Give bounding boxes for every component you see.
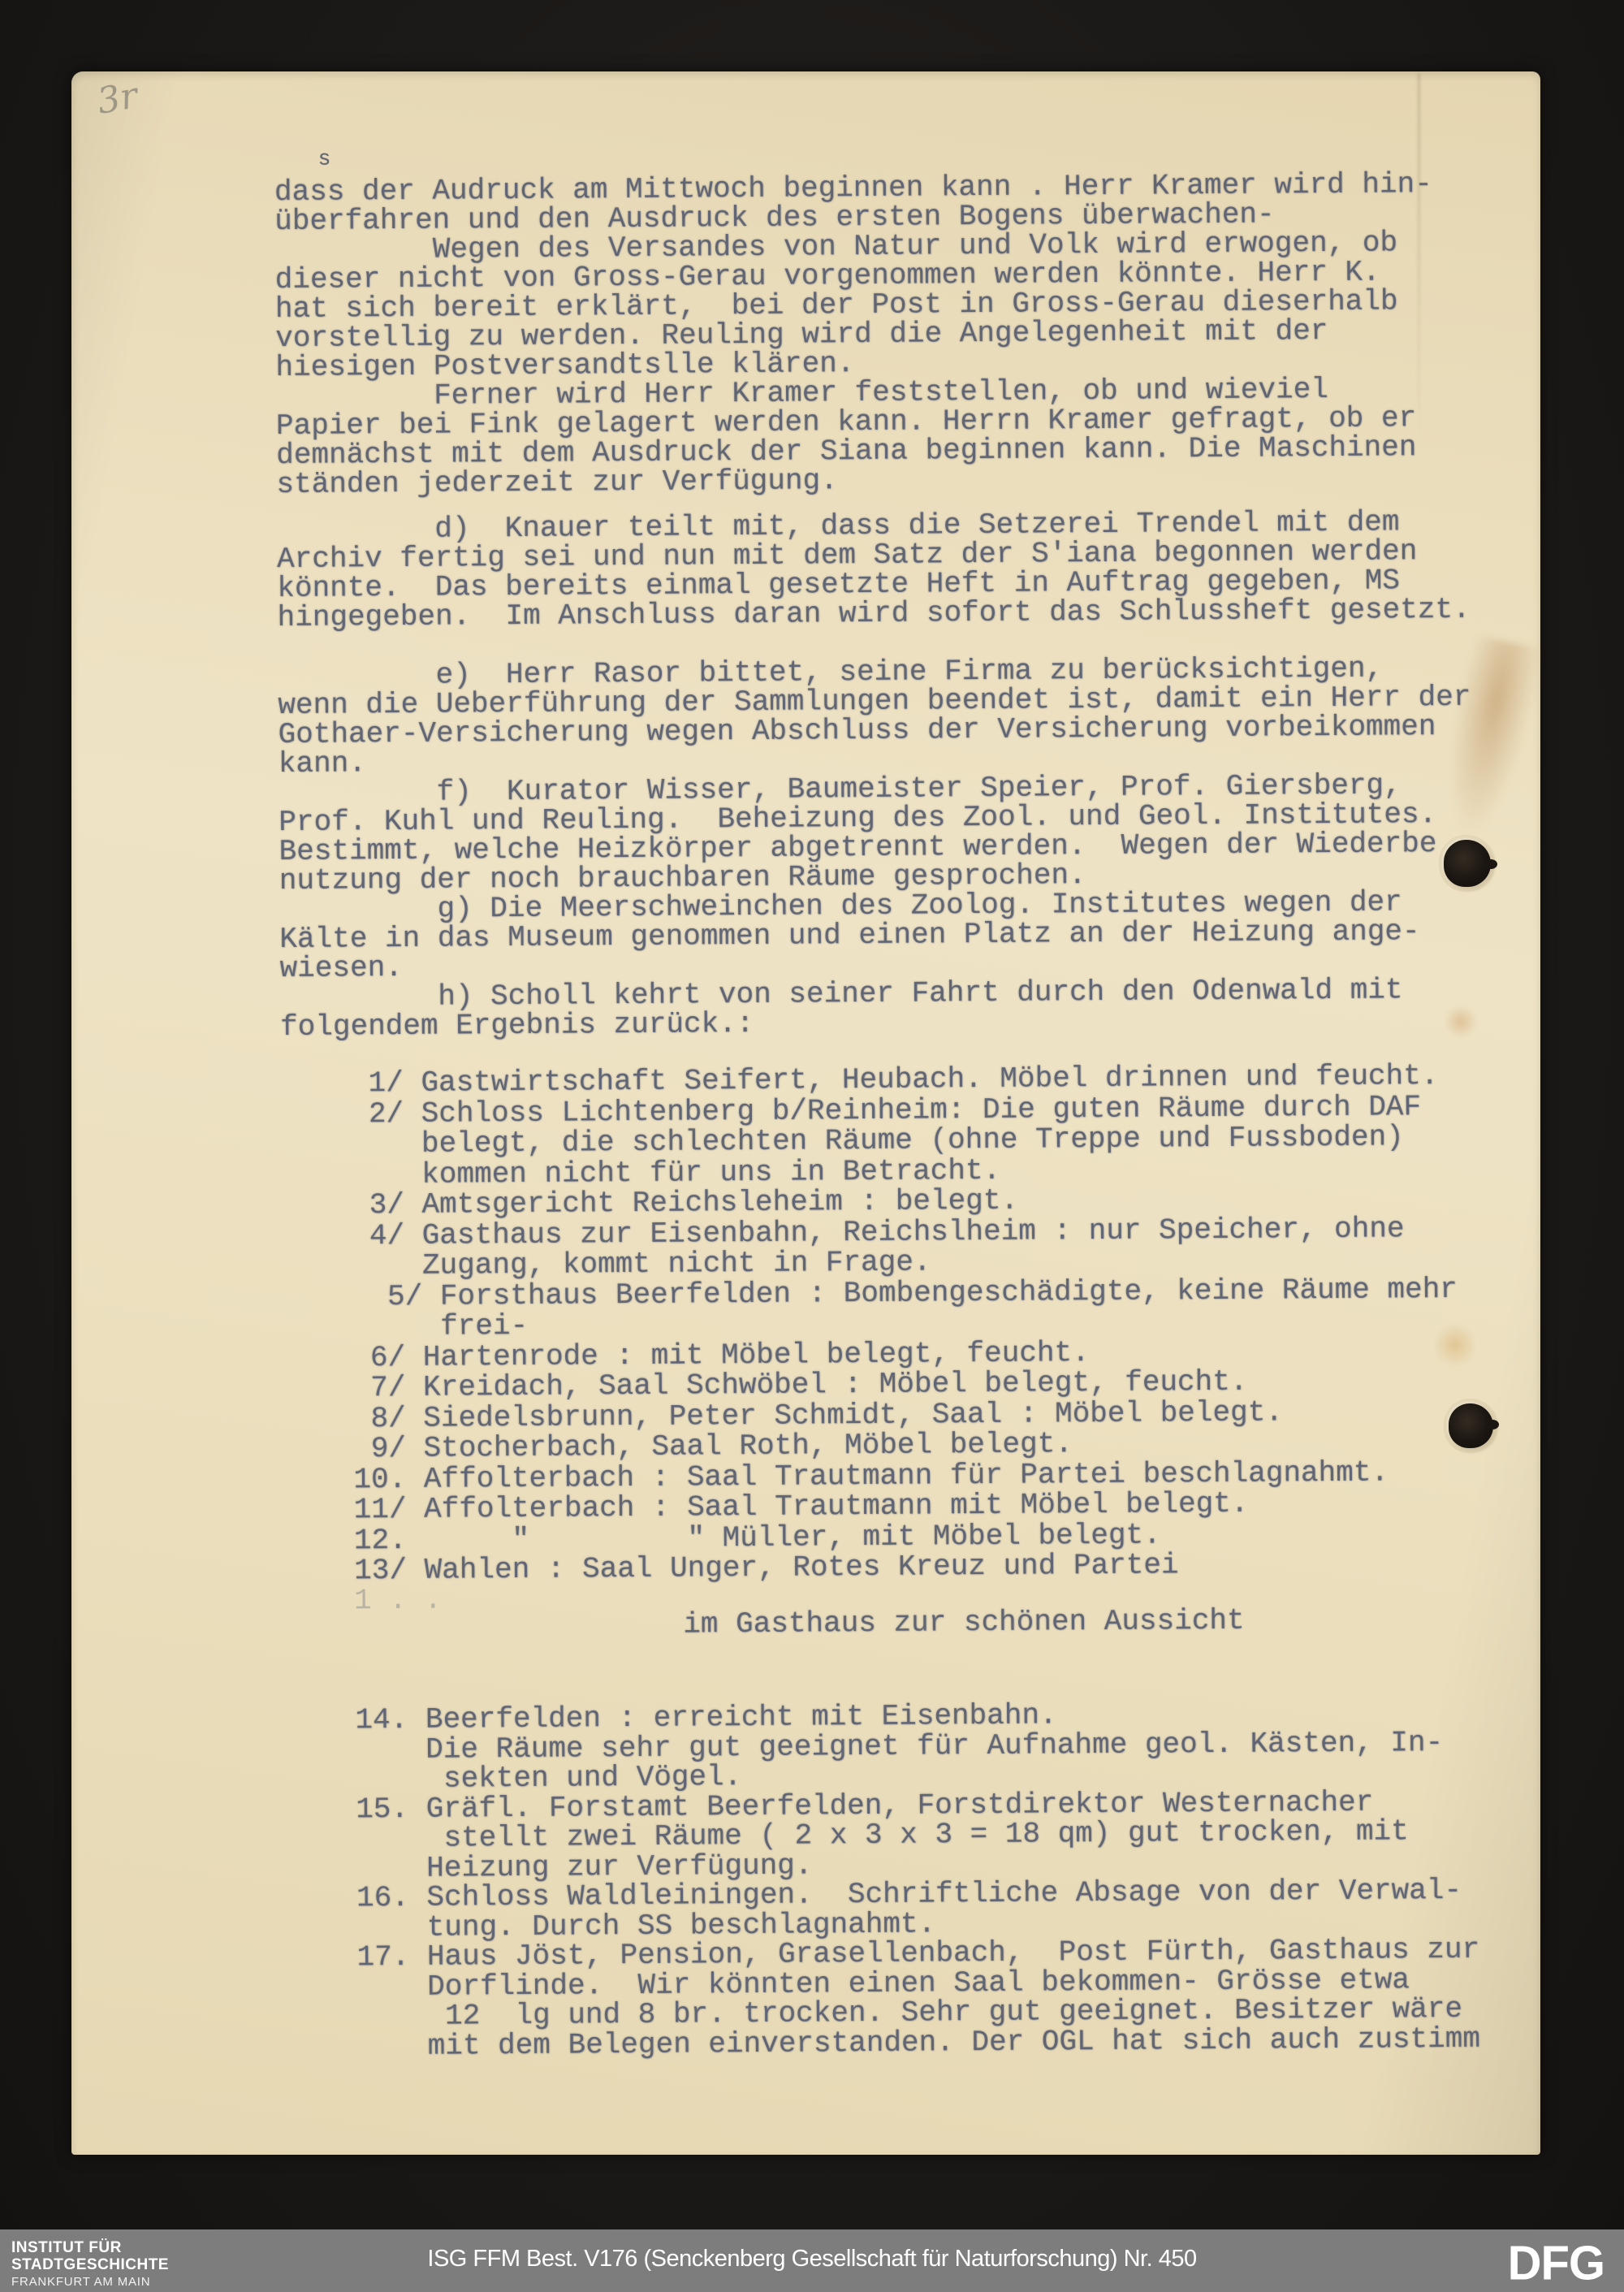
archive-scan-viewer: 3r s dass der Audruck am Mittwoch beginn… [0, 0, 1624, 2292]
typewritten-text-layer: s dass der Audruck am Mittwoch beginnen … [70, 63, 1553, 2157]
viewer-footer-bar: INSTITUT FÜR STADTGESCHICHTE FRANKFURT A… [0, 2229, 1624, 2292]
ink-blot [1486, 1420, 1499, 1429]
typed-zeile-gasthaus: im Gasthaus zur schönen Aussicht [683, 1607, 1245, 1640]
typed-liste-14-bis-17: 14. Beerfelden : erreicht mit Eisenbahn.… [285, 1698, 1480, 2062]
ink-blot [1484, 859, 1497, 869]
dfg-logo: DFG [1508, 2235, 1605, 2290]
archive-reference-title: ISG FFM Best. V176 (Senckenberg Gesellsc… [0, 2246, 1624, 2273]
paper-crease [1418, 73, 1420, 455]
typed-paragraph-druck-und-versand: dass der Audruck am Mittwoch beginnen ka… [274, 170, 1435, 499]
typed-paragraphs-d-bis-h: d) Knauer teilt mit, dass die Setzerei T… [277, 508, 1474, 1042]
document-page: 3r s dass der Audruck am Mittwoch beginn… [71, 71, 1540, 2155]
institute-name-line3: FRANKFURT AM MAIN [11, 2276, 169, 2290]
punch-hole-icon [1444, 840, 1491, 887]
faint-ghost-line: 1 . . [354, 1584, 442, 1618]
typed-liste-1-bis-13: 1/ Gastwirtschaft Seifert, Heubach. Möbe… [280, 1061, 1459, 1587]
typed-insertion-char: s [318, 147, 331, 171]
punch-hole-icon [1449, 1403, 1493, 1448]
